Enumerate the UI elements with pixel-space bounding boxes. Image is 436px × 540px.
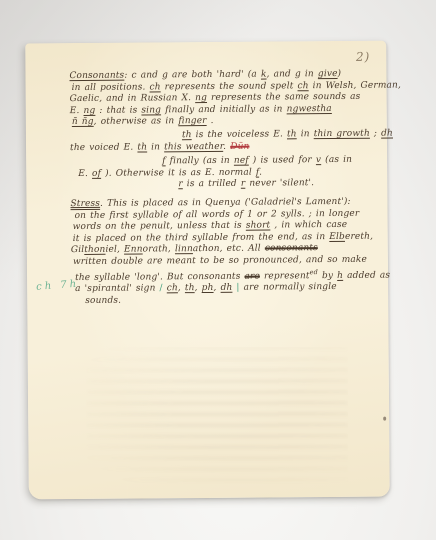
text-segment: of — [92, 169, 101, 179]
text-segment: linn — [175, 244, 193, 254]
text-segment: th — [287, 129, 297, 139]
text-segment: th — [182, 130, 192, 140]
text-segment: sounds. — [85, 295, 121, 305]
manuscript-line: r is a trilled r never 'silent'. — [70, 178, 392, 192]
text-segment: E. — [78, 169, 92, 179]
text-segment: thin growth — [314, 129, 370, 139]
text-segment: Consonants — [69, 71, 124, 81]
text-segment: finally (as in — [166, 156, 234, 167]
text-segment: Enn — [124, 245, 143, 255]
text-segment: (as in — [321, 155, 352, 165]
text-segment: in — [147, 142, 164, 152]
text-segment: consonants — [265, 243, 318, 253]
text-segment: written double are meant to be so pronou… — [73, 255, 367, 267]
text-segment: represents the same sounds as — [207, 92, 360, 103]
text-segment: ed — [310, 268, 318, 276]
text-segment: , — [178, 283, 185, 293]
text-segment: represents the sound spelt — [161, 81, 298, 92]
text-segment: are normally single — [240, 282, 337, 293]
text-segment: : c and g are both 'hard' (a — [124, 70, 261, 81]
text-segment: short — [246, 221, 271, 231]
text-segment: in — [297, 129, 314, 139]
text-segment: : that is — [95, 105, 141, 115]
text-segment: in all positions. — [72, 82, 150, 93]
text-segment: ph — [202, 283, 214, 293]
text-segment: orath, — [143, 245, 175, 255]
text-segment: th — [137, 142, 147, 152]
text-segment: ch — [149, 82, 160, 92]
text-segment: Elb — [329, 232, 345, 242]
text-segment: is the voiceless E. — [192, 129, 287, 140]
text-segment: athon, etc. All — [193, 244, 265, 255]
paper-speck — [383, 417, 386, 421]
text-segment: ng — [83, 106, 95, 116]
text-segment: in Welsh, German, — [309, 80, 401, 91]
text-segment: . — [207, 116, 214, 126]
text-segment: ). Otherwise it is as E. normal — [101, 167, 256, 178]
text-segment: Stress — [70, 199, 100, 209]
text-segment: . This is placed as in Quenya ('Galadrie… — [100, 197, 351, 209]
text-segment: is a trilled — [183, 179, 241, 189]
text-segment: ; — [370, 129, 381, 139]
text-segment: words on the penult, unless that is — [73, 221, 246, 232]
text-segment: E. — [70, 106, 84, 116]
text-segment: the syllable 'long'. But consonants — [75, 271, 244, 282]
text-segment: ) is used for — [249, 155, 316, 166]
text-segment: iel, — [105, 245, 124, 255]
text-segment: , — [195, 283, 202, 293]
text-segment: it is placed on the third syllable from … — [73, 232, 330, 244]
text-segment: dh — [221, 283, 233, 293]
text-segment: nef — [234, 156, 249, 166]
text-segment: , and g in — [267, 69, 318, 79]
text-segment: by — [318, 270, 337, 280]
text-segment: finally and initially as in — [161, 104, 287, 115]
manuscript-text-block: Consonants: c and g are both 'hard' (a k… — [69, 69, 393, 308]
text-segment: , in which case — [270, 220, 347, 231]
manuscript-line: the syllable 'long'. But consonants are … — [71, 266, 393, 284]
text-segment: . — [259, 167, 262, 177]
text-segment: this weather — [164, 141, 223, 151]
text-segment: ng — [195, 93, 207, 103]
manuscript-line: ñ ñg, otherwise as in finger . — [70, 115, 392, 129]
page-number: 2) — [356, 50, 370, 64]
text-segment: thon — [84, 245, 105, 255]
text-segment: ch — [297, 81, 308, 91]
text-segment: on the first syllable of all words of 1 … — [75, 208, 360, 220]
text-segment: ñ ñg — [72, 117, 94, 127]
photo-background: 2) Consonants: c and g are both 'hard' (… — [0, 0, 436, 540]
text-segment: Dün — [230, 141, 249, 151]
text-segment: ch — [167, 283, 178, 293]
text-segment: finger — [178, 116, 206, 126]
text-segment: never 'silent'. — [245, 179, 314, 190]
text-segment: ereth, — [345, 231, 373, 241]
text-segment: Gaelic, and in Russian X. — [70, 93, 196, 104]
text-segment: give — [318, 69, 338, 79]
manuscript-line: sounds. — [71, 293, 393, 307]
text-segment: ) — [338, 69, 342, 79]
manuscript-line: the voiced E. th in this weather. Dün — [70, 140, 392, 154]
text-segment: ngwestha — [287, 104, 332, 114]
text-segment: dh — [381, 129, 393, 139]
text-segment: a 'spirantal' sign — [75, 283, 159, 294]
text-segment: , otherwise as in — [94, 117, 179, 128]
text-segment: sing — [141, 105, 161, 115]
manuscript-paper: 2) Consonants: c and g are both 'hard' (… — [25, 41, 390, 500]
text-segment: Gil — [71, 245, 84, 255]
text-segment: the voiced E. — [70, 142, 137, 153]
text-segment: are — [244, 271, 260, 281]
text-segment: represent — [260, 271, 310, 281]
ink-bleedthrough — [86, 347, 348, 489]
text-segment: added as — [343, 270, 390, 280]
